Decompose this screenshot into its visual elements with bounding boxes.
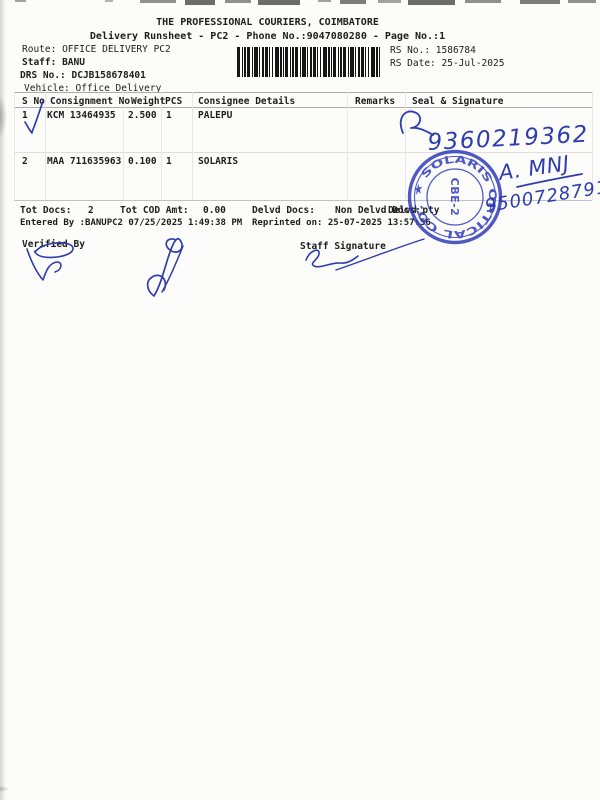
scan-corner-mark (0, 786, 9, 792)
col-header-pcs: PCS (165, 96, 182, 107)
entered-by-line: Entered By :BANUPC2 07/25/2025 1:49:38 P… (20, 218, 242, 229)
delivery-runsheet-document: THE PROFESSIONAL COURIERS, COIMBATORE De… (0, 0, 600, 800)
totals-tot-docs-value: 2 (88, 205, 94, 216)
totals-delvd-pty-label: Delvd pty (388, 205, 439, 216)
table-row-separator (14, 152, 592, 153)
col-header-consignment: Consignment No (50, 96, 130, 107)
col-header-consignee: Consignee Details (198, 96, 295, 107)
totals-delvd-label: Delvd Docs: (252, 205, 315, 216)
staff-value: BANU (62, 57, 85, 68)
table-col-line (161, 92, 162, 200)
route-line: Route: OFFICE DELIVERY PC2 (22, 44, 171, 55)
rs-no-value: 1586784 (436, 45, 476, 56)
staff-line: Staff: BANU (22, 57, 85, 68)
svg-text:9360219362: 9360219362 (427, 122, 589, 156)
table-col-line (347, 92, 348, 200)
staff-label: Staff: (22, 57, 56, 68)
totals-tot-docs-label: Tot Docs: (20, 205, 71, 216)
rs-no-line: RS No.: 1586784 (390, 45, 476, 56)
table-header-rule (14, 107, 592, 108)
row2-pcs: 1 (166, 156, 172, 167)
center-signature (148, 239, 183, 296)
row1-consignee: PALEPU (198, 110, 232, 121)
document-subtitle: Delivery Runsheet - PC2 - Phone No.:9047… (0, 31, 535, 42)
route-value: OFFICE DELIVERY PC2 (62, 44, 171, 55)
svg-text:9500728791: 9500728791 (483, 177, 600, 217)
verified-by-label: Verified By (22, 239, 85, 250)
table-col-line (192, 92, 193, 200)
row1-consignment: KCM 13464935 (47, 110, 116, 121)
scan-edge-blotch (0, 94, 7, 140)
totals-tot-cod-value: 0.00 (203, 205, 226, 216)
row2-consignee: SOLARIS (198, 156, 238, 167)
svg-text:A. MNJ: A. MNJ (495, 151, 571, 185)
handwritten-phone-row1: 9360219362 (401, 111, 590, 156)
table-col-line (123, 92, 124, 200)
row1-sno: 1 (22, 110, 28, 121)
drs-line: DRS No.: DCJB158678401 (20, 70, 146, 81)
rs-no-label: RS No.: (390, 45, 430, 56)
document-title: THE PROFESSIONAL COURIERS, COIMBATORE (0, 17, 535, 28)
col-header-remarks: Remarks (355, 96, 395, 107)
staff-signature-label: Staff Signature (300, 241, 386, 252)
rs-date-label: RS Date: (390, 58, 436, 69)
row2-weight: 0.100 (128, 156, 157, 167)
row2-sno: 2 (22, 156, 28, 167)
table-bottom-rule (14, 200, 592, 201)
drs-value: DCJB158678401 (72, 70, 146, 81)
rs-date-line: RS Date: 25-Jul-2025 (390, 58, 504, 69)
rs-date-value: 25-Jul-2025 (442, 58, 505, 69)
col-header-weight: Weight (131, 96, 165, 107)
table-col-line (592, 92, 593, 200)
reprinted-line: Reprinted on: 25-07-2025 13:57:56 (252, 218, 431, 229)
stamp-center-text: CBE-2 (448, 178, 461, 217)
col-header-seal: Seal & Signature (412, 96, 504, 107)
row2-consignment: MAA 711635963 (47, 156, 121, 167)
col-header-sno: S No (22, 96, 45, 107)
handwritten-initials-row2: A. MNJ (495, 151, 582, 187)
drs-label: DRS No.: (20, 70, 66, 81)
table-col-line (14, 92, 15, 200)
row1-pcs: 1 (166, 110, 172, 121)
row1-weight: 2.500 (128, 110, 157, 121)
handwritten-phone-row2: 9500728791 (483, 177, 600, 217)
table-top-rule (14, 92, 592, 93)
totals-tot-cod-label: Tot COD Amt: (120, 205, 189, 216)
route-label: Route: (22, 44, 56, 55)
table-col-line (405, 92, 406, 200)
table-col-line (45, 92, 46, 200)
